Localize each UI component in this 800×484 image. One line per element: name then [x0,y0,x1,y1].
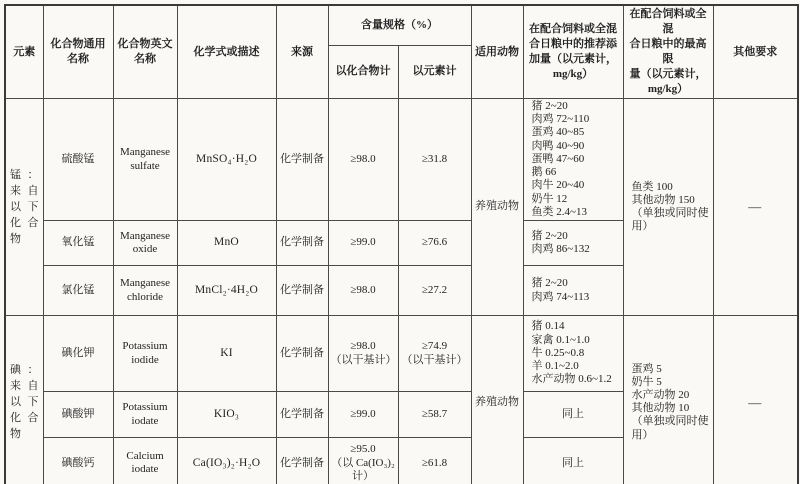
compound-name-cell: 硫酸锰 [43,99,113,221]
source-cell: 化学制备 [276,221,328,266]
max-limit-cell: 蛋鸡 5 奶牛 5 水产动物 20 其他动物 10 （单独或同时使用） [623,316,713,484]
source-cell: 化学制备 [276,99,328,221]
compound-name-cell: 碘化钾 [43,316,113,392]
formula-cell: MnO [177,221,276,266]
compound-pct-cell: ≥99.0 [328,392,398,438]
element-pct-cell: ≥74.9 （以干基计） [398,316,471,392]
element-pct-cell: ≥27.2 [398,266,471,316]
source-cell: 化学制备 [276,392,328,438]
header-common-name: 化合物通用 名称 [43,5,113,99]
compound-name-cell: 碘酸钙 [43,438,113,484]
recommended-cell: 猪 2~20 肉鸡 74~113 [523,266,623,316]
compound-name-cell: 氯化锰 [43,266,113,316]
compound-pct-cell: ≥98.0 （以干基计） [328,316,398,392]
compound-pct-cell: ≥95.0 （以 Ca(IO₃)₂ 计） [328,438,398,484]
header-other: 其他要求 [713,5,798,99]
english-name-cell: Potassium iodide [113,316,177,392]
recommended-cell: 猪 2~20 肉鸡 86~132 [523,221,623,266]
element-pct-cell: ≥61.8 [398,438,471,484]
header-english-name: 化合物英文 名称 [113,5,177,99]
formula-cell: Ca(IO₃)₂·H₂O [177,438,276,484]
header-animals: 适用动物 [471,5,523,99]
header-recommended: 在配合饲料或全混 合日粮中的推荐添 加量（以元素计， mg/kg） [523,5,623,99]
element-pct-cell: ≥76.6 [398,221,471,266]
compound-pct-cell: ≥98.0 [328,266,398,316]
other-req-cell: — [713,99,798,316]
animals-cell: 养殖动物 [471,316,523,484]
header-max-limit: 在配合饲料或全混 合日粮中的最高限 量（以元素计， mg/kg） [623,5,713,99]
header-formula: 化学式或描述 [177,5,276,99]
recommended-cell: 同上 [523,392,623,438]
element-group-cell: 锰：来自以下化合物 [5,99,43,316]
other-req-cell: — [713,316,798,484]
english-name-cell: Calcium iodate [113,438,177,484]
feed-additive-table: 元素 化合物通用 名称 化合物英文 名称 化学式或描述 来源 含量规格（%） 适… [4,4,799,484]
compound-pct-cell: ≥99.0 [328,221,398,266]
element-pct-cell: ≥31.8 [398,99,471,221]
formula-cell: MnCl₂·4H₂O [177,266,276,316]
header-content-spec: 含量规格（%） [328,5,471,45]
max-limit-cell: 鱼类 100 其他动物 150 （单独或同时使用） [623,99,713,316]
english-name-cell: Manganese chloride [113,266,177,316]
english-name-cell: Manganese sulfate [113,99,177,221]
recommended-cell: 同上 [523,438,623,484]
table-row: 锰：来自以下化合物 硫酸锰 Manganese sulfate MnSO₄·H₂… [5,99,798,221]
header-by-element: 以元素计 [398,45,471,98]
header-by-compound: 以化合物计 [328,45,398,98]
recommended-cell: 猪 2~20 肉鸡 72~110 蛋鸡 40~85 肉鸭 40~90 蛋鸭 47… [523,99,623,221]
english-name-cell: Potassium iodate [113,392,177,438]
source-cell: 化学制备 [276,316,328,392]
source-cell: 化学制备 [276,438,328,484]
element-pct-cell: ≥58.7 [398,392,471,438]
english-name-cell: Manganese oxide [113,221,177,266]
compound-name-cell: 氧化锰 [43,221,113,266]
formula-cell: KI [177,316,276,392]
scanned-document-page: 元素 化合物通用 名称 化合物英文 名称 化学式或描述 来源 含量规格（%） 适… [0,0,800,484]
header-element: 元素 [5,5,43,99]
recommended-cell: 猪 0.14 家禽 0.1~1.0 牛 0.25~0.8 羊 0.1~2.0 水… [523,316,623,392]
compound-pct-cell: ≥98.0 [328,99,398,221]
animals-cell: 养殖动物 [471,99,523,316]
table-row: 碘：来自以下化合物 碘化钾 Potassium iodide KI 化学制备 ≥… [5,316,798,392]
source-cell: 化学制备 [276,266,328,316]
formula-cell: MnSO₄·H₂O [177,99,276,221]
compound-name-cell: 碘酸钾 [43,392,113,438]
formula-cell: KIO₃ [177,392,276,438]
header-source: 来源 [276,5,328,99]
header-row-1: 元素 化合物通用 名称 化合物英文 名称 化学式或描述 来源 含量规格（%） 适… [5,5,798,45]
element-group-cell: 碘：来自以下化合物 [5,316,43,484]
